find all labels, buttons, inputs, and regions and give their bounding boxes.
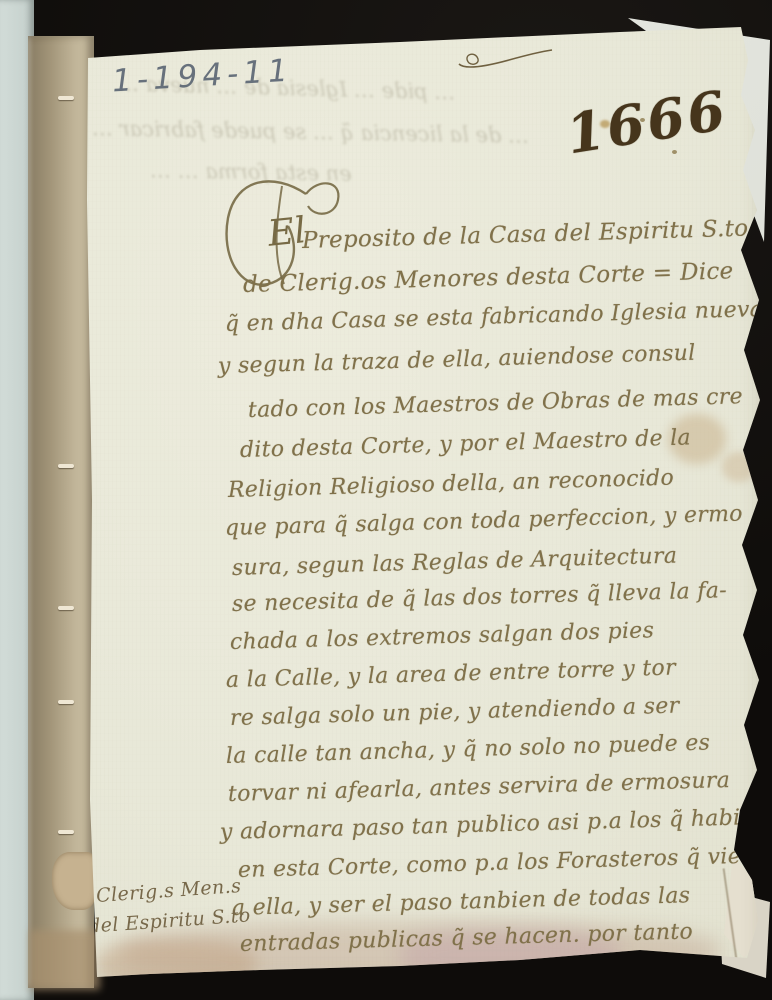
binding-stitch bbox=[58, 96, 74, 100]
binding-stain bbox=[30, 930, 100, 990]
binding-stitch bbox=[58, 700, 74, 704]
binding-stitch bbox=[58, 606, 74, 610]
scanned-manuscript-photo: … pide … Iglesia de … nueva … … de la li… bbox=[0, 0, 772, 1000]
book-spine-binding bbox=[28, 36, 94, 988]
manuscript-page: … pide … Iglesia de … nueva … … de la li… bbox=[0, 0, 772, 1000]
page-edge-shading bbox=[0, 0, 772, 1000]
torn-binding-tab bbox=[52, 852, 96, 910]
binding-stitch bbox=[58, 464, 74, 468]
binding-stitch bbox=[58, 830, 74, 834]
